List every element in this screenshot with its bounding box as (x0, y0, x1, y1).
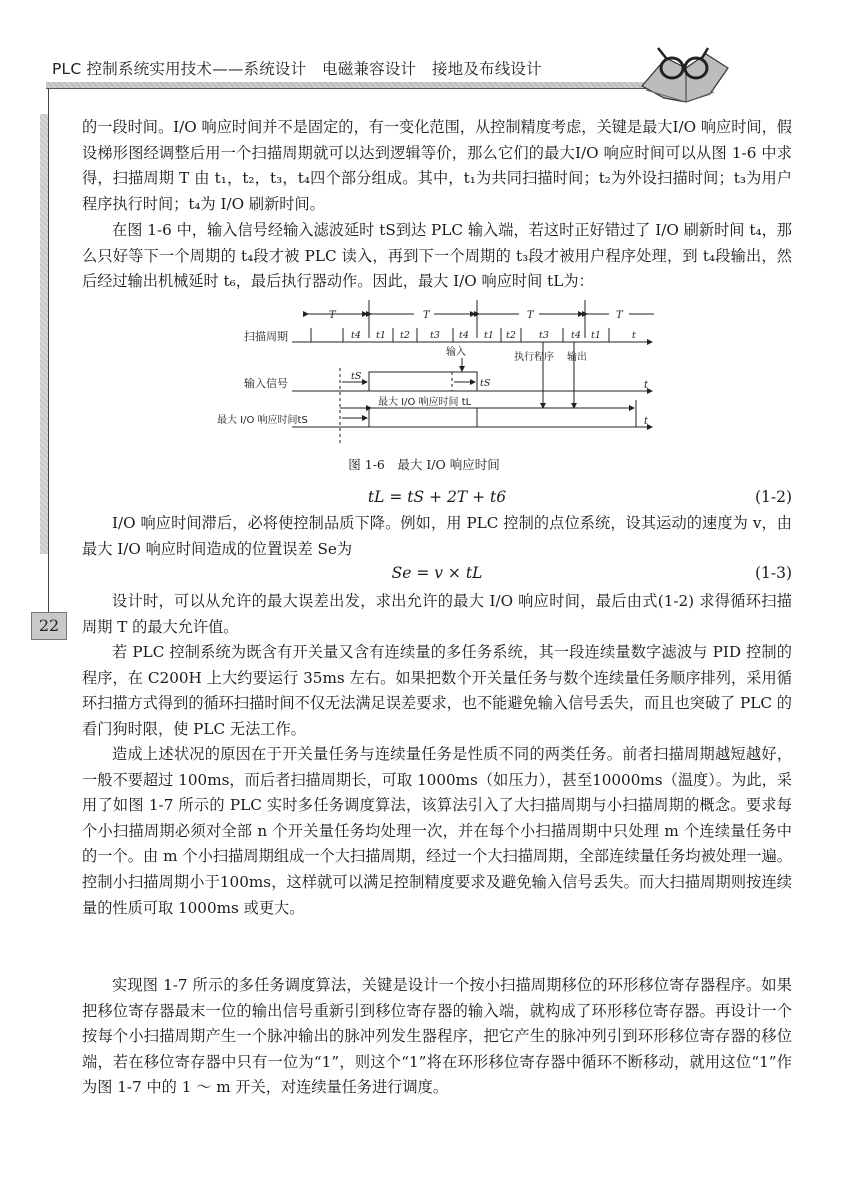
svg-text:t: t (644, 416, 649, 427)
io-response-timing-diagram: T T T T 扫描周期 t4t1t2 t3t4t1 t2t3t4 t1t 输入… (214, 296, 654, 446)
svg-text:t2: t2 (506, 330, 516, 341)
svg-text:T: T (423, 310, 431, 321)
svg-text:t1: t1 (484, 330, 494, 341)
equation-body: Se = v × tL (82, 564, 792, 582)
svg-text:最大 I/O 响应时间 tL: 最大 I/O 响应时间 tL (378, 395, 472, 408)
paragraph-7: 实现图 1-7 所示的多任务调度算法，关键是设计一个按小扫描周期移位的环形移位寄… (82, 973, 792, 1101)
paragraph-3: I/O 响应时间滞后，必将使控制品质下降。例如，用 PLC 控制的点位系统，设其… (82, 511, 792, 562)
svg-text:tS: tS (351, 371, 362, 382)
svg-text:执行程序: 执行程序 (514, 350, 554, 363)
svg-text:t4: t4 (459, 330, 469, 341)
svg-text:T: T (527, 310, 535, 321)
period-label-T: T (329, 310, 337, 321)
svg-text:t4: t4 (571, 330, 581, 341)
margin-rule (48, 88, 49, 628)
svg-text:输入信号: 输入信号 (244, 376, 288, 390)
svg-text:输出: 输出 (567, 350, 587, 363)
figure-caption: 图 1-6 最大 I/O 响应时间 (0, 455, 848, 473)
page-number: 22 (31, 612, 67, 640)
paragraph-6: 造成上述状况的原因在于开关量任务与连续量任务是性质不同的两类任务。前者扫描周期越… (82, 742, 792, 921)
svg-text:t3: t3 (430, 330, 440, 341)
svg-text:t1: t1 (376, 330, 386, 341)
svg-text:t4: t4 (351, 330, 361, 341)
svg-text:输入: 输入 (446, 345, 466, 358)
equation-number: (1-2) (755, 488, 792, 506)
svg-text:t2: t2 (400, 330, 410, 341)
paragraph-5: 若 PLC 控制系统为既含有开关量又含有连续量的多任务系统，其一段连续量数字滤波… (82, 640, 792, 742)
svg-text:扫描周期: 扫描周期 (244, 329, 288, 343)
svg-text:t1: t1 (591, 330, 601, 341)
svg-text:最大 I/O 响应时间tS: 最大 I/O 响应时间tS (217, 413, 308, 426)
svg-text:t: t (644, 380, 649, 391)
paragraph-4: 设计时，可以从允许的最大误差出发，求出允许的最大 I/O 响应时间，最后由式(1… (82, 589, 792, 640)
running-header-title: PLC 控制系统实用技术——系统设计 电磁兼容设计 接地及布线设计 (52, 57, 542, 79)
svg-text:t3: t3 (539, 330, 549, 341)
paragraph-2: 在图 1-6 中，输入信号经输入滤波延时 tS到达 PLC 输入端，若这时正好错… (82, 218, 792, 295)
equation-body: tL = tS + 2T + t6 (82, 488, 792, 506)
equation-number: (1-3) (755, 564, 792, 582)
svg-text:tS: tS (480, 378, 491, 389)
svg-text:t: t (632, 330, 636, 341)
svg-text:T: T (616, 310, 624, 321)
book-with-glasses-icon (636, 46, 732, 104)
paragraph-1: 的一段时间。I/O 响应时间并不是固定的，有一变化范围，从控制精度考虑，关键是最… (82, 115, 792, 217)
header-rule (46, 88, 666, 89)
margin-shade (40, 114, 48, 554)
